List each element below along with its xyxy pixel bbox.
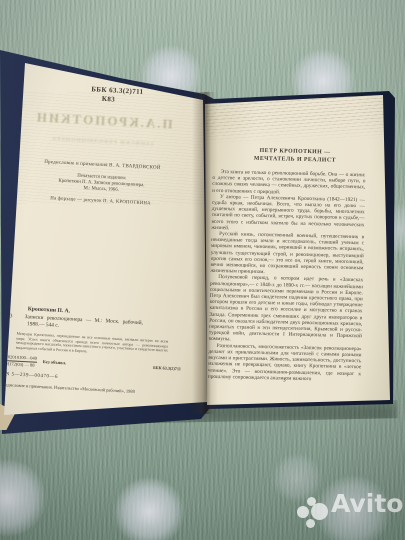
paragraph: Русский князь, потомственный военный, пу… bbox=[210, 231, 364, 278]
blanket-dot bbox=[0, 460, 46, 536]
avito-wordmark: Avito bbox=[331, 489, 403, 518]
index-bbk: ББК 63.3(2)711 bbox=[153, 365, 181, 371]
left-page-content: ББК 63.3(2)711 К83 П.А.КРОПОТКИН ЗАПИСКИ… bbox=[0, 54, 213, 427]
bbk-code: ББК 63.3(2)711 bbox=[91, 85, 144, 96]
right-page-content: ПЕТР КРОПОТКИН — МЕЧТАТЕЛЬ И РЕАЛИСТ Эта… bbox=[193, 90, 396, 416]
avito-watermark: Avito bbox=[295, 490, 401, 536]
annotation-text: Мемуары Кропоткина, переведенные на все … bbox=[16, 332, 169, 359]
preface-credit: Предисловие и примечания В. А. ТВАРДОВСК… bbox=[13, 158, 191, 172]
paragraph: У автора — Петра Алексеевича Кропоткина … bbox=[211, 194, 365, 235]
paragraph: Полувековой период, о котором идет речь … bbox=[209, 274, 364, 346]
showthrough-subtitle: ЗАПИСКИ РЕВОЛЮЦИОНЕРА bbox=[24, 131, 181, 153]
showthrough-title: П.А.КРОПОТКИН ЗАПИСКИ РЕВОЛЮЦИОНЕРА bbox=[24, 110, 182, 153]
blanket-dot bbox=[114, 478, 184, 540]
bbk-index: ББК 63.3(2)711 К83 bbox=[91, 85, 144, 105]
body-text: Эта книга не только о революционной борь… bbox=[208, 169, 366, 383]
right-page: ПЕТР КРОПОТКИН — МЕЧТАТЕЛЬ И РЕАЛИСТ Эта… bbox=[200, 90, 396, 412]
chapter-heading: ПЕТР КРОПОТКИН — МЕЧТАТЕЛЬ И РЕАЛИСТ bbox=[219, 147, 371, 166]
edition-block: Печатается по изданию: Кропоткин П. А. З… bbox=[12, 170, 191, 198]
index-fraction: 4702010100—049 М172(03) — 88 bbox=[3, 354, 37, 367]
isbn: ISBN 5—239—00470—6 bbox=[0, 372, 58, 380]
book-photo: ББК 63.3(2)711 К83 П.А.КРОПОТКИН ЗАПИСКИ… bbox=[0, 0, 405, 540]
left-page: ББК 63.3(2)711 К83 П.А.КРОПОТКИН ЗАПИСКИ… bbox=[0, 56, 212, 418]
paragraph: Эта книга не только о революционной борь… bbox=[212, 169, 366, 197]
book-gutter-shadow bbox=[192, 92, 218, 414]
copyright: © Предисловие и примечания. Издательство… bbox=[0, 382, 188, 397]
catalog-author: Кропоткин П. А. bbox=[28, 306, 71, 314]
catalog-year: 1988.— 544 с. bbox=[27, 321, 59, 329]
index-note: Без объявл. bbox=[43, 359, 67, 365]
index-denominator: М172(03) — 88 bbox=[5, 361, 35, 368]
